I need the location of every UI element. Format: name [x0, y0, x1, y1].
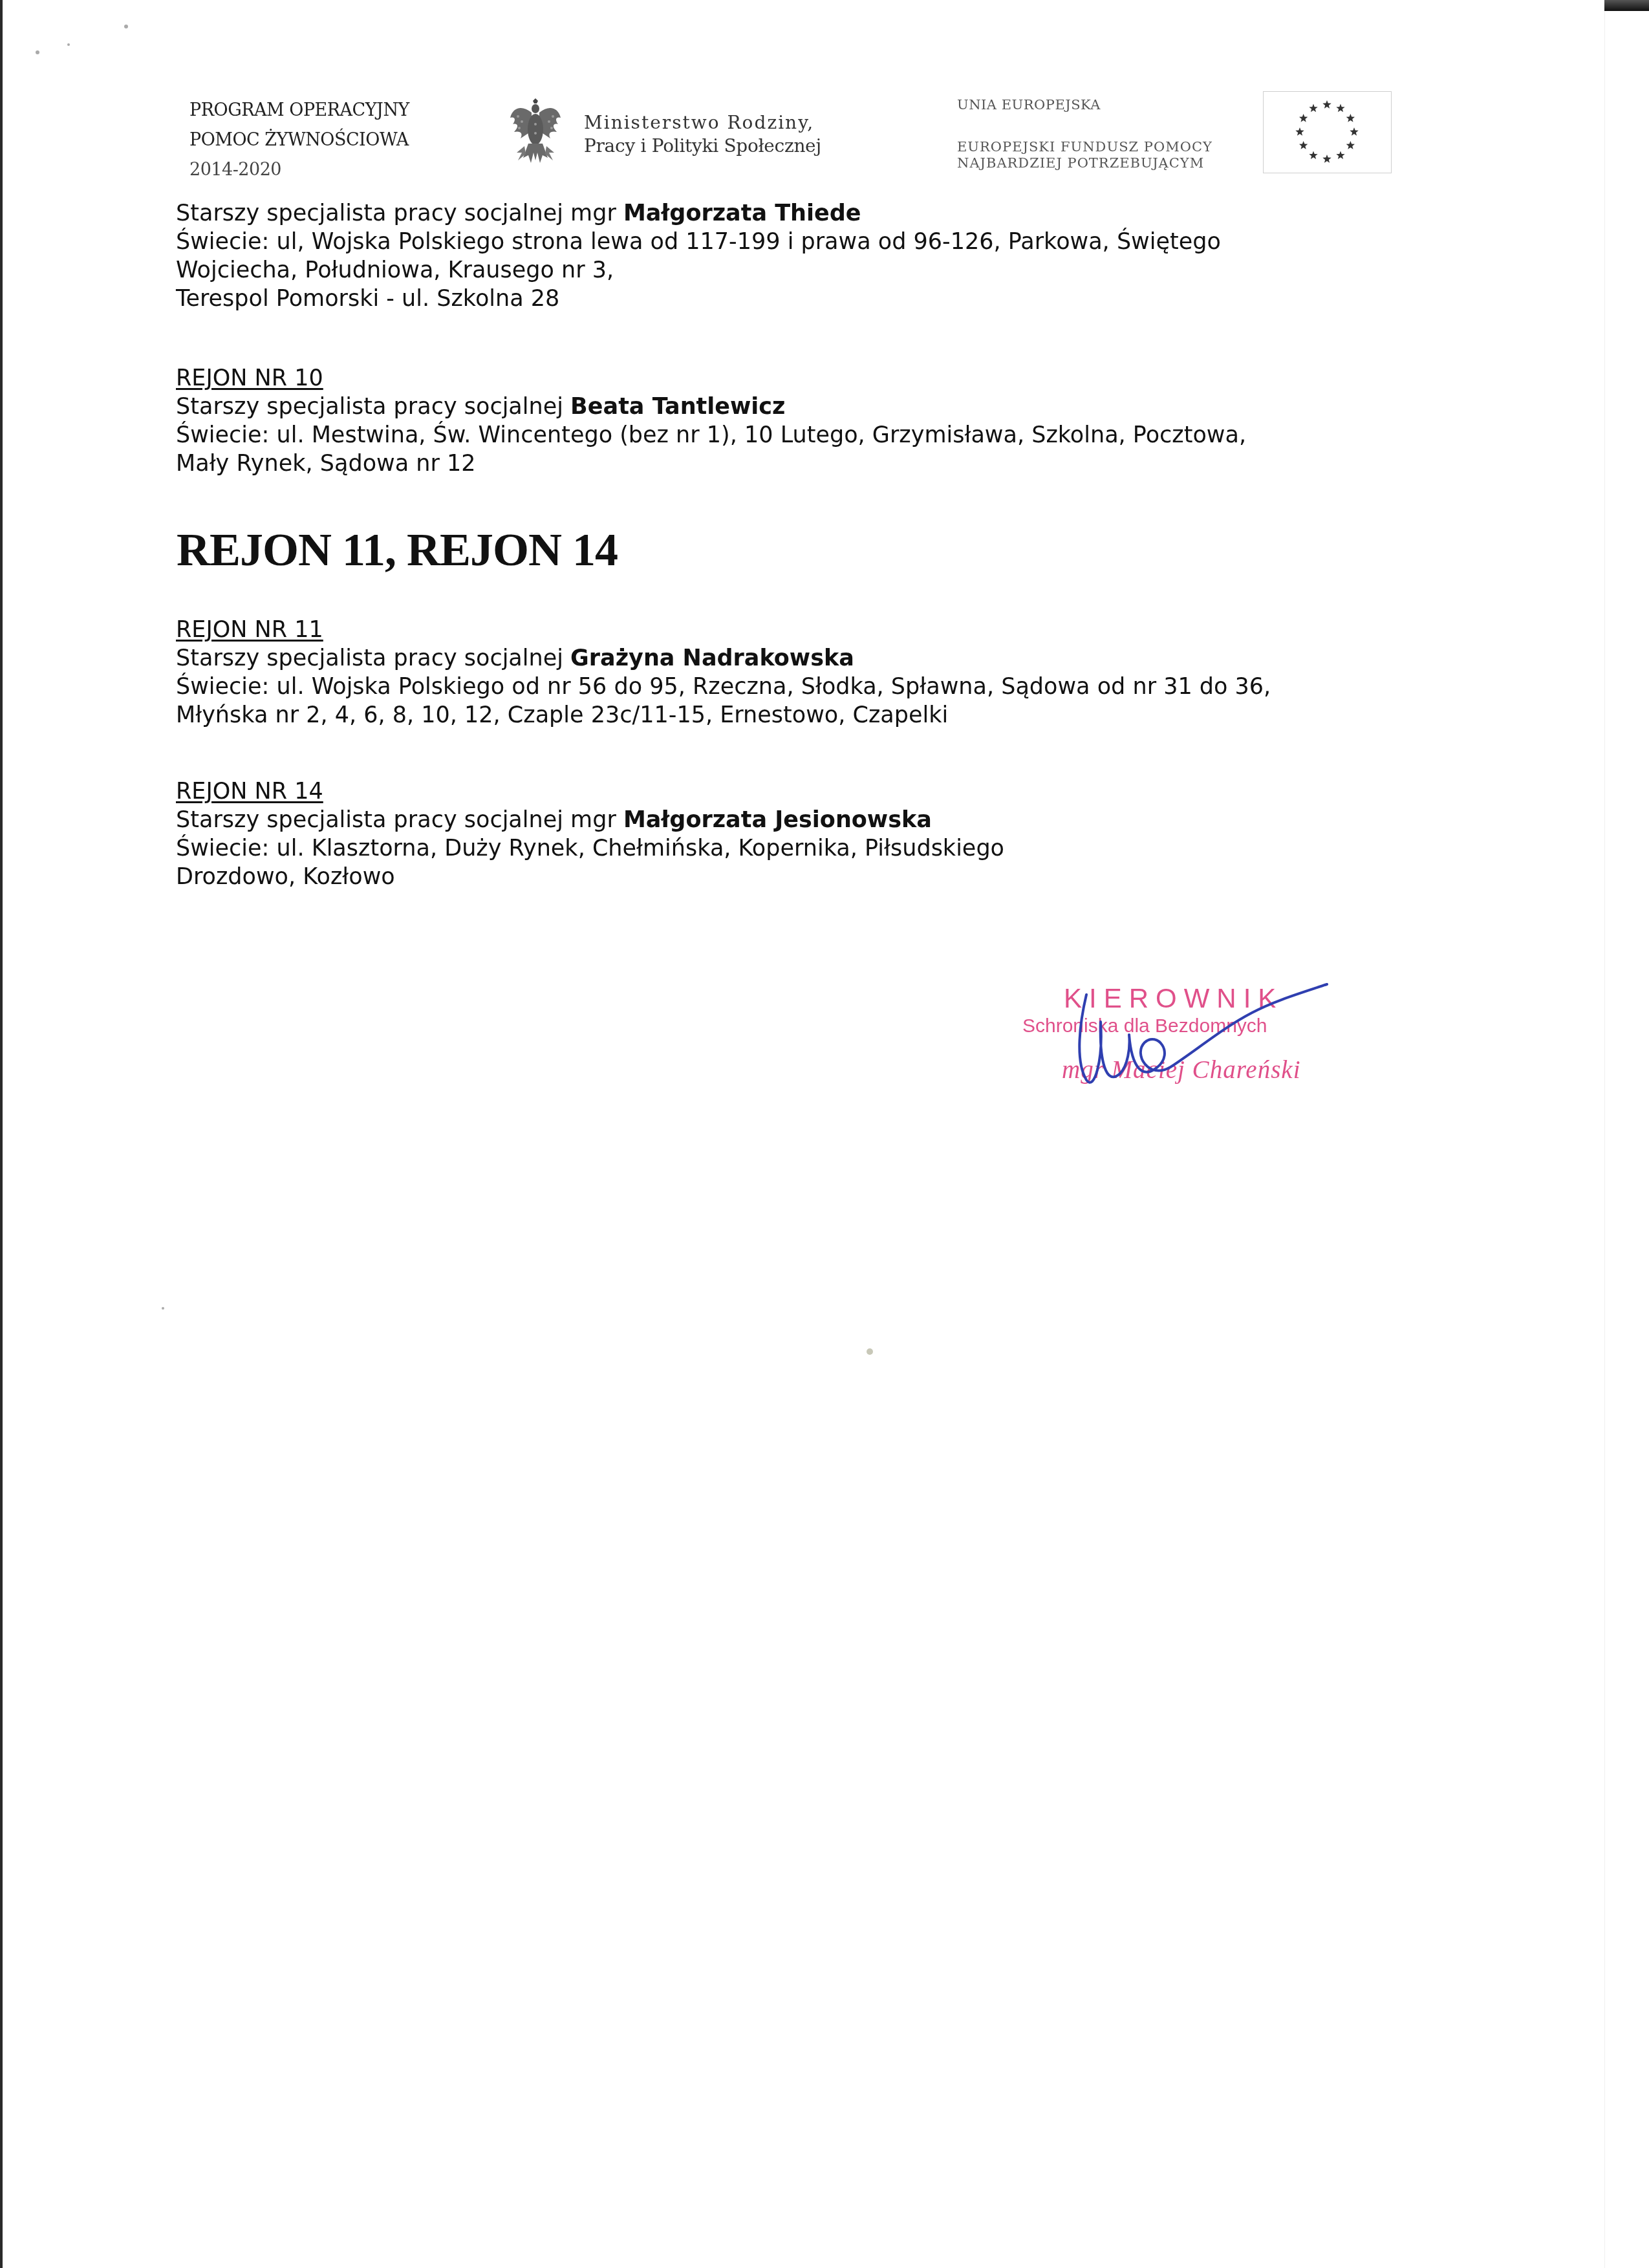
ministry-logo-text: Ministerstwo Rodziny, Pracy i Polityki S…	[584, 111, 821, 158]
eu-line-2: EUROPEJSKI FUNDUSZ POMOCY	[957, 139, 1212, 155]
intro-address-line-1: Świecie: ul, Wojska Polskiego strona lew…	[176, 228, 1221, 256]
rejon-11-address-line-2: Młyńska nr 2, 4, 6, 8, 10, 12, Czaple 23…	[176, 701, 1271, 729]
eu-line-1: UNIA EUROPEJSKA	[957, 97, 1101, 113]
program-years: 2014-2020	[189, 155, 409, 185]
rejon-14-address-line-1: Świecie: ul. Klasztorna, Duży Rynek, Che…	[176, 834, 1004, 863]
rejon-10-role: Starszy specjalista pracy socjalnej	[176, 394, 570, 420]
rejon-10-section: REJON NR 10 Starszy specjalista pracy so…	[176, 364, 1246, 478]
page-heading: REJON 11, REJON 14	[177, 523, 618, 577]
rejon-14-section: REJON NR 14 Starszy specjalista pracy so…	[176, 777, 1004, 891]
rejon-14-worker-name: Małgorzata Jesionowska	[623, 807, 932, 833]
rejon-11-worker-line: Starszy specjalista pracy socjalnej Graż…	[176, 644, 1271, 673]
rejon-11-address-line-1: Świecie: ul. Wojska Polskiego od nr 56 d…	[176, 673, 1271, 701]
rejon-11-worker-name: Grażyna Nadrakowska	[570, 645, 854, 671]
intro-address-line-3: Terespol Pomorski - ul. Szkolna 28	[176, 285, 1221, 313]
scan-artifact-bar	[1604, 0, 1649, 11]
intro-worker-name: Małgorzata Thiede	[623, 200, 861, 226]
ministry-line-1: Ministerstwo Rodziny,	[584, 111, 821, 135]
rejon-14-address-line-2: Drozdowo, Kozłowo	[176, 863, 1004, 891]
rejon-10-worker-name: Beata Tantlewicz	[570, 394, 785, 420]
intro-role: Starszy specjalista pracy socjalnej mgr	[176, 200, 623, 226]
eu-line-3: NAJBARDZIEJ POTRZEBUJĄCYM	[957, 155, 1204, 171]
handwritten-signature	[1061, 983, 1345, 1093]
rejon-11-heading: REJON NR 11	[176, 616, 1271, 644]
scan-artifact-line	[1604, 11, 1605, 2268]
scan-specks	[0, 0, 1649, 2268]
polish-eagle-icon	[509, 98, 562, 169]
program-line-2: POMOC ŻYWNOŚCIOWA	[189, 125, 409, 155]
program-logo-text: PROGRAM OPERACYJNY POMOC ŻYWNOŚCIOWA 201…	[189, 96, 409, 185]
scan-left-edge	[0, 0, 3, 2268]
rejon-10-heading: REJON NR 10	[176, 364, 1246, 393]
rejon-11-section: REJON NR 11 Starszy specjalista pracy so…	[176, 616, 1271, 729]
rejon-11-role: Starszy specjalista pracy socjalnej	[176, 645, 570, 671]
intro-address-line-2: Wojciecha, Południowa, Krausego nr 3,	[176, 256, 1221, 285]
ministry-line-2: Pracy i Polityki Społecznej	[584, 135, 821, 158]
rejon-10-worker-line: Starszy specjalista pracy socjalnej Beat…	[176, 393, 1246, 421]
intro-section: Starszy specjalista pracy socjalnej mgr …	[176, 199, 1221, 313]
intro-worker-line: Starszy specjalista pracy socjalnej mgr …	[176, 199, 1221, 228]
rejon-14-role: Starszy specjalista pracy socjalnej mgr	[176, 807, 623, 833]
rejon-14-heading: REJON NR 14	[176, 777, 1004, 806]
rejon-10-address-line-2: Mały Rynek, Sądowa nr 12	[176, 449, 1246, 478]
rejon-10-address-line-1: Świecie: ul. Mestwina, Św. Wincentego (b…	[176, 421, 1246, 449]
rejon-14-worker-line: Starszy specjalista pracy socjalnej mgr …	[176, 806, 1004, 834]
eu-flag-icon	[1263, 91, 1392, 173]
program-line-1: PROGRAM OPERACYJNY	[189, 96, 409, 125]
